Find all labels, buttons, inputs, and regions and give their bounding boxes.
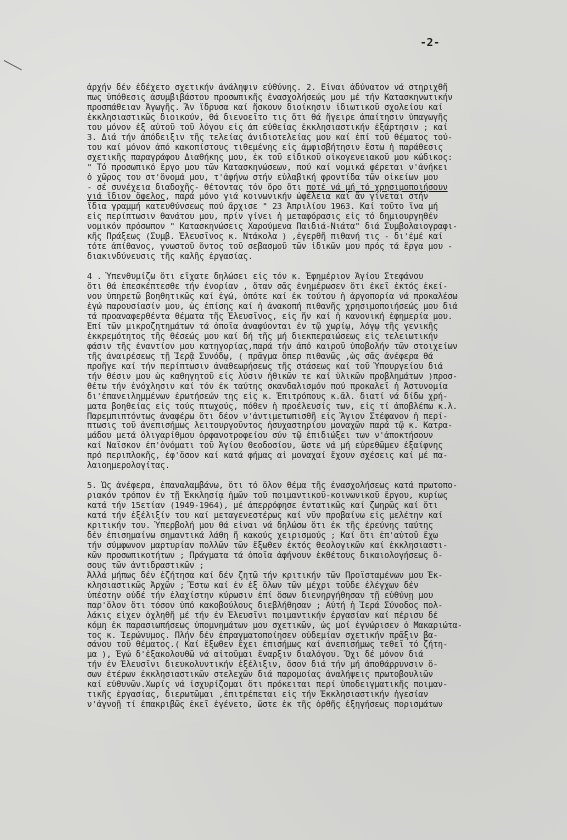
text-line: του καί μόνον ἀπό κακοπίστους τιθεμένης … <box>87 143 549 153</box>
paragraph-1: ἀρχήν δέν ἐδέχετο σχετικήν ἀνάληψιν εὐθύ… <box>87 83 549 262</box>
paragraph-gap <box>87 471 549 481</box>
text-line: πρό περιπλοκῆς, ἐφ'ὅσον καί κατά φήμας α… <box>87 451 549 461</box>
text-line: λαιοημερολογίτας. <box>87 461 549 471</box>
text-line: μα ), Ἐγώ δ'ἐξακολουθῶ νά αἰτοῦμαι ἔναρξ… <box>87 650 549 660</box>
text-line: πως ὑπόθεσις ἀσυμβιβάστου προσωπικῆς ἐνα… <box>87 93 549 103</box>
text-line: κῶν προσωπικοτήτων ; Πράγματα τά ὁποῖα ἀ… <box>87 551 549 561</box>
text-line: - σέ συνέχεια διαδοχῆς- θέτοντας τόν ὅρο… <box>87 183 549 193</box>
text-line: ἐγώ παρουσίασίν μου, ὡς ἐπίσης καί ἡ ἀνα… <box>87 302 549 312</box>
text-line: τικῆς ἐργασίας, διερωτῶμαι ,ἐπιτρέπεται … <box>87 690 549 700</box>
text-line: ριακόν τρόπον ἐν τῇ Ἐκκλησίᾳ ἡμῶν τοῦ πο… <box>87 491 549 501</box>
text-line: τά προαναφερθέντα θέματα τῆς Ἐλευσῖνος, … <box>87 312 549 322</box>
text-line: ὅτι θά ἐπεσκέπτεσθε τήν ἐνορίαν , ὅταν σ… <box>87 282 549 292</box>
text-line: ὁ χῶρος του στ'ὄνομά μου, τ'ἀφήνω στήν ε… <box>87 173 549 183</box>
text-line: " Τό προσωπικό ἔργο μου τῶν Κατασκηνώσεω… <box>87 163 549 173</box>
paragraph-5: 5. Ὡς ἀνέφερα, ἐπαναλαμβάνω, ὅτι τό ὅλον… <box>87 481 549 710</box>
text-line: καί εὐθυνῶν.Χωρίς νά ἰσχυρίζομαι ὅτι πρό… <box>87 680 549 690</box>
text-line: 4 . Ὑπενθυμίζω ὅτι εἴχατε δηλώσει εἰς τό… <box>87 272 549 282</box>
text-line: ἴδια γραμμή κατευθύνσεως πού ἄρχισε " 23… <box>87 202 549 212</box>
text-line: 5. Ὡς ἀνέφερα, ἐπαναλαμβάνω, ὅτι τό ὅλον… <box>87 481 549 491</box>
text-line: τήν θέσιν μου ὡς καθηγητοῦ εἰς λύσιν ἠθι… <box>87 372 549 382</box>
text-line: 3. Διά τήν ἀπόδειξιν τῆς τελείας ἀνιδιοτ… <box>87 133 549 143</box>
text-line: Ἀλλά μήπως δέν ἐζήτησα καί δέν ζητῶ τήν … <box>87 571 549 581</box>
text-line: ν'ἀγνοῇ τί ἐπακριβῶς ἐκεῖ ἐγένετο, ὥστε … <box>87 700 549 710</box>
text-line: προσπάθειαν Ἀγωγῆς. Ἄν ἵδρυσα καί ἤσκουν… <box>87 103 549 113</box>
paragraph-gap <box>87 262 549 272</box>
paragraph-4: 4 . Ὑπενθυμίζω ὅτι εἴχατε δηλώσει εἰς τό… <box>87 272 549 471</box>
text-line: ἐκκρεμότητος τῆς θέσεώς μου καί δή τῆς μ… <box>87 332 549 342</box>
text-line: τότε ἀπίθανος, γνωστοῦ ὄντος τοῦ σεβασμο… <box>87 242 549 252</box>
text-line: προῆγε καί τήν περίπτωσιν ἀναθεωρήσεως τ… <box>87 362 549 372</box>
text-line: τήν σύμφωνον μαρτυρίαν πολλῶν τῶν ἔξωθεν… <box>87 541 549 551</box>
text-line: δέν ἐπισημαίνω σημαντικά λάθη ἤ κακούς χ… <box>87 531 549 541</box>
text-line: κριτικήν του. Ὑπερβολή μου θά εἶναι νά δ… <box>87 521 549 531</box>
text-line: διακινδύνευσις τῆς καλῆς ἐργασίας. <box>87 252 549 262</box>
text-line: νου ὑπηρετῶ βοηθητικῶς καί ἐγώ, ὁπότε κα… <box>87 292 549 302</box>
text-line: κατά τήν 15ετίαν (1949-1964), μέ ἀπερρόφ… <box>87 501 549 511</box>
text-line: πτωσις τοῦ ἀνεπισήμως λειτουργοῦντος ἡσυ… <box>87 421 549 431</box>
text-line: εἰς περίπτωσιν θανάτου μου, πρίν γίνει ἡ… <box>87 212 549 222</box>
text-line: ἀρχήν δέν ἐδέχετο σχετικήν ἀνάληψιν εὐθύ… <box>87 83 549 93</box>
text-line: σάνου τοῦ θέματος.( Καί ἔξωθεν ἔχει ἐπισ… <box>87 640 549 650</box>
text-line: παρ'ὅλον ὅτι τόσον ὑπό κακοβούλους διεβλ… <box>87 601 549 611</box>
text-line: κῆς Πράξεως (Συμβ. Ἐλευσῖνος κ. Ντάκολα … <box>87 232 549 242</box>
text-line: Ἐπί τῶν μικροζητημάτων τά ὁποῖα ἀναφύοντ… <box>87 322 549 332</box>
text-line: θέτω τήν ἐνόχλησιν καί τόν ἐκ ταύτης σκα… <box>87 382 549 392</box>
document-body: ἀρχήν δέν ἐδέχετο σχετικήν ἀνάληψιν εὐθύ… <box>87 83 549 710</box>
text-line: γιά ἴδιον ὄφελος, παρά μόνο γιά κοινωνικ… <box>87 192 549 202</box>
underlined-phrase: ποτέ νά μή τό χρησιμοποιήσουν <box>306 183 447 192</box>
text-line: ὑπέστην οὐδέ τήν ἐλαχίστην κύρωσιν ἐπί ὅ… <box>87 591 549 601</box>
text-line: τῆς ἀναιρέσεως τῇ Ἱερᾷ Συνόδῳ, ( πρᾶγμα … <box>87 352 549 362</box>
text-line: ἐκκλησιαστικῶς διοικούν, θά διενοεῖτο τι… <box>87 113 549 123</box>
text-line: μάδου μετά ὀλιγαρίθμου ὀρφανοτροφείου σύ… <box>87 431 549 441</box>
text-line: ματα βοηθείας εἰς τούς πτωχούς, πόθεν ἡ … <box>87 402 549 412</box>
text-line: καί Ναΐσκον ἐπ'ὀνόματι τοῦ Ἁγίου Θεοδοσί… <box>87 441 549 451</box>
text-line: κόμη ἐκ παρασιωπήσεως ὑπομνημάτων μου σχ… <box>87 621 549 631</box>
text-line: τος κ. Ἱερώνυμος. Πλήν δέν ἐπραγματοποίη… <box>87 631 549 641</box>
text-line: του μόνον ἐξ αὐτοῦ τοῦ λόγου εἰς ἀπ εὐθε… <box>87 123 549 133</box>
page-number: -2- <box>420 36 440 49</box>
underlined-phrase: γιά ἴδιον ὄφελος <box>87 192 165 201</box>
typewritten-page: -2- ἀρχήν δέν ἐδέχετο σχετικήν ἀνάληψιν … <box>0 0 567 840</box>
text-line: τήν ἐν Ἐλευσῖνι διευκολυντικήν ἐξέλιξιν,… <box>87 660 549 670</box>
text-line: σων ἑτέρων ἐκκλησιαστικῶν στελεχῶν διά π… <box>87 670 549 680</box>
text-line: δι'ἐπανειλημμένων ἐρωτήσεών της εἰς κ. Ἐ… <box>87 392 549 402</box>
scan-artifact-line <box>4 60 22 70</box>
text-line: Παρεμπιπτόντως ἀναφέρω ὅτι δέον ν'ἀντιμε… <box>87 412 549 422</box>
text-line: κατά τήν ἐξέλιξίν του καί μεταγενεστέρως… <box>87 511 549 521</box>
text-line: λάκις εἶχεν ὀχληθῆ μέ τήν ἐν Ἐλευσῖνι πο… <box>87 611 549 621</box>
text-line: σχετικῆς παραγράφου Διαθήκης μου, ἐκ τοῦ… <box>87 153 549 163</box>
text-line: φάσιν τῆς ἐναντίον μου κατηγορίας,παρά τ… <box>87 342 549 352</box>
text-line: σους τῶν ἀντιδραστικῶν ; <box>87 561 549 571</box>
text-line: κλησιαστικῶς Ἀρχῶν ; Ἔστω καί ἐν ἐξ ὅλων… <box>87 581 549 591</box>
text-line: νομικόν πρόσωπον " Κατασκηνώσεις Χαρούμε… <box>87 222 549 232</box>
